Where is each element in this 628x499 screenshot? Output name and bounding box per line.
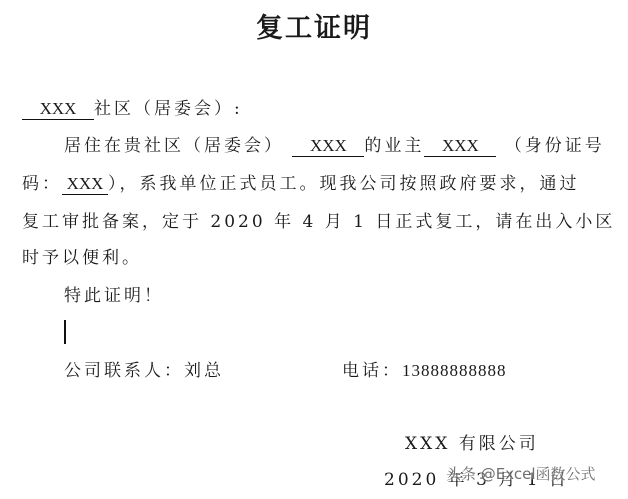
owner-blank[interactable]: XXX xyxy=(292,136,364,157)
body-line-3: 复工审批备案，定于 2020 年 4 月 1 日正式复工，请在出入小区 xyxy=(22,210,615,234)
contact-person: 公司联系人：刘总 xyxy=(64,359,224,383)
salutation-line: XXX社区（居委会）: xyxy=(22,97,243,121)
id-blank[interactable]: XXX xyxy=(62,174,108,195)
body-text: ），系我单位正式员工。现我公司按照政府要求，通过 xyxy=(108,174,580,194)
document-title: 复工证明 xyxy=(0,6,628,45)
body-text: 居住在贵社区（居委会） xyxy=(64,136,284,156)
salutation-suffix: 社区（居委会）: xyxy=(94,99,243,119)
body-text: （身份证号 xyxy=(505,136,605,156)
text-cursor xyxy=(64,320,66,344)
employee-blank[interactable]: XXX xyxy=(424,136,496,157)
body-text: 的业主 xyxy=(364,136,424,156)
watermark: 头条 @Excel函数公式 xyxy=(446,463,596,484)
body-text: 码： xyxy=(22,174,62,194)
body-line-1: 居住在贵社区（居委会） XXX的业主XXX （身份证号 xyxy=(64,134,605,158)
body-line-2: 码：XXX），系我单位正式员工。现我公司按照政府要求，通过 xyxy=(22,172,580,196)
phone-label: 电话： xyxy=(342,361,402,381)
signature-company: XXX 有限公司 xyxy=(405,432,539,456)
phone-number: 13888888888 xyxy=(402,361,507,380)
community-blank[interactable]: XXX xyxy=(22,99,94,120)
closing-text: 特此证明！ xyxy=(64,284,164,308)
contact-phone-line: 电话：13888888888 xyxy=(342,359,507,383)
body-line-4: 时予以便利。 xyxy=(22,246,142,270)
